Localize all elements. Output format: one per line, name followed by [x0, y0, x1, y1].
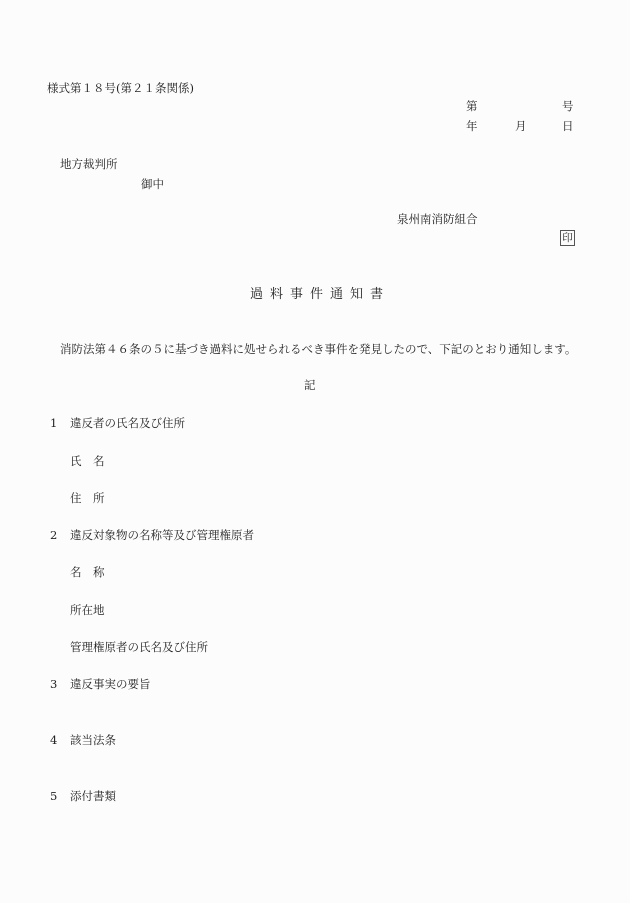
item-label: 違反事実の要旨 [70, 677, 151, 691]
item-number: 1 [50, 416, 57, 430]
item-number: 2 [50, 528, 57, 542]
sender-organization: 泉州南消防組合 [397, 212, 478, 226]
number-suffix: 号 [562, 99, 574, 113]
addressee-court: 地方裁判所 [60, 157, 118, 171]
subitem-label: 管理権原者の氏名及び住所 [70, 640, 208, 654]
form-label: 様式第１８号(第２１条関係) [47, 81, 194, 95]
seal-stamp: 印 [560, 230, 575, 246]
item-number: 5 [50, 789, 57, 803]
item-number: 3 [50, 677, 57, 691]
item-label: 違反者の氏名及び住所 [70, 416, 185, 430]
item-label: 添付書類 [70, 789, 116, 803]
subitem-label: 氏 名 [70, 454, 105, 468]
addressee-honorific: 御中 [141, 177, 164, 191]
item-label: 該当法条 [70, 733, 116, 747]
ki-label: 記 [304, 378, 316, 392]
subitem-label: 住 所 [70, 491, 105, 505]
item-label: 違反対象物の名称等及び管理権原者 [70, 528, 254, 542]
document-body: 消防法第４６条の５に基づき過料に処せられるべき事件を発見したので、下記のとおり通… [60, 342, 576, 356]
document-title: 過料事件通知書 [250, 287, 390, 303]
subitem-label: 名 称 [70, 565, 105, 579]
subitem-label: 所在地 [70, 603, 105, 617]
number-prefix: 第 [466, 99, 478, 113]
date-year: 年 [466, 119, 478, 133]
date-day: 日 [562, 119, 574, 133]
date-month: 月 [515, 119, 527, 133]
item-number: 4 [50, 733, 57, 747]
